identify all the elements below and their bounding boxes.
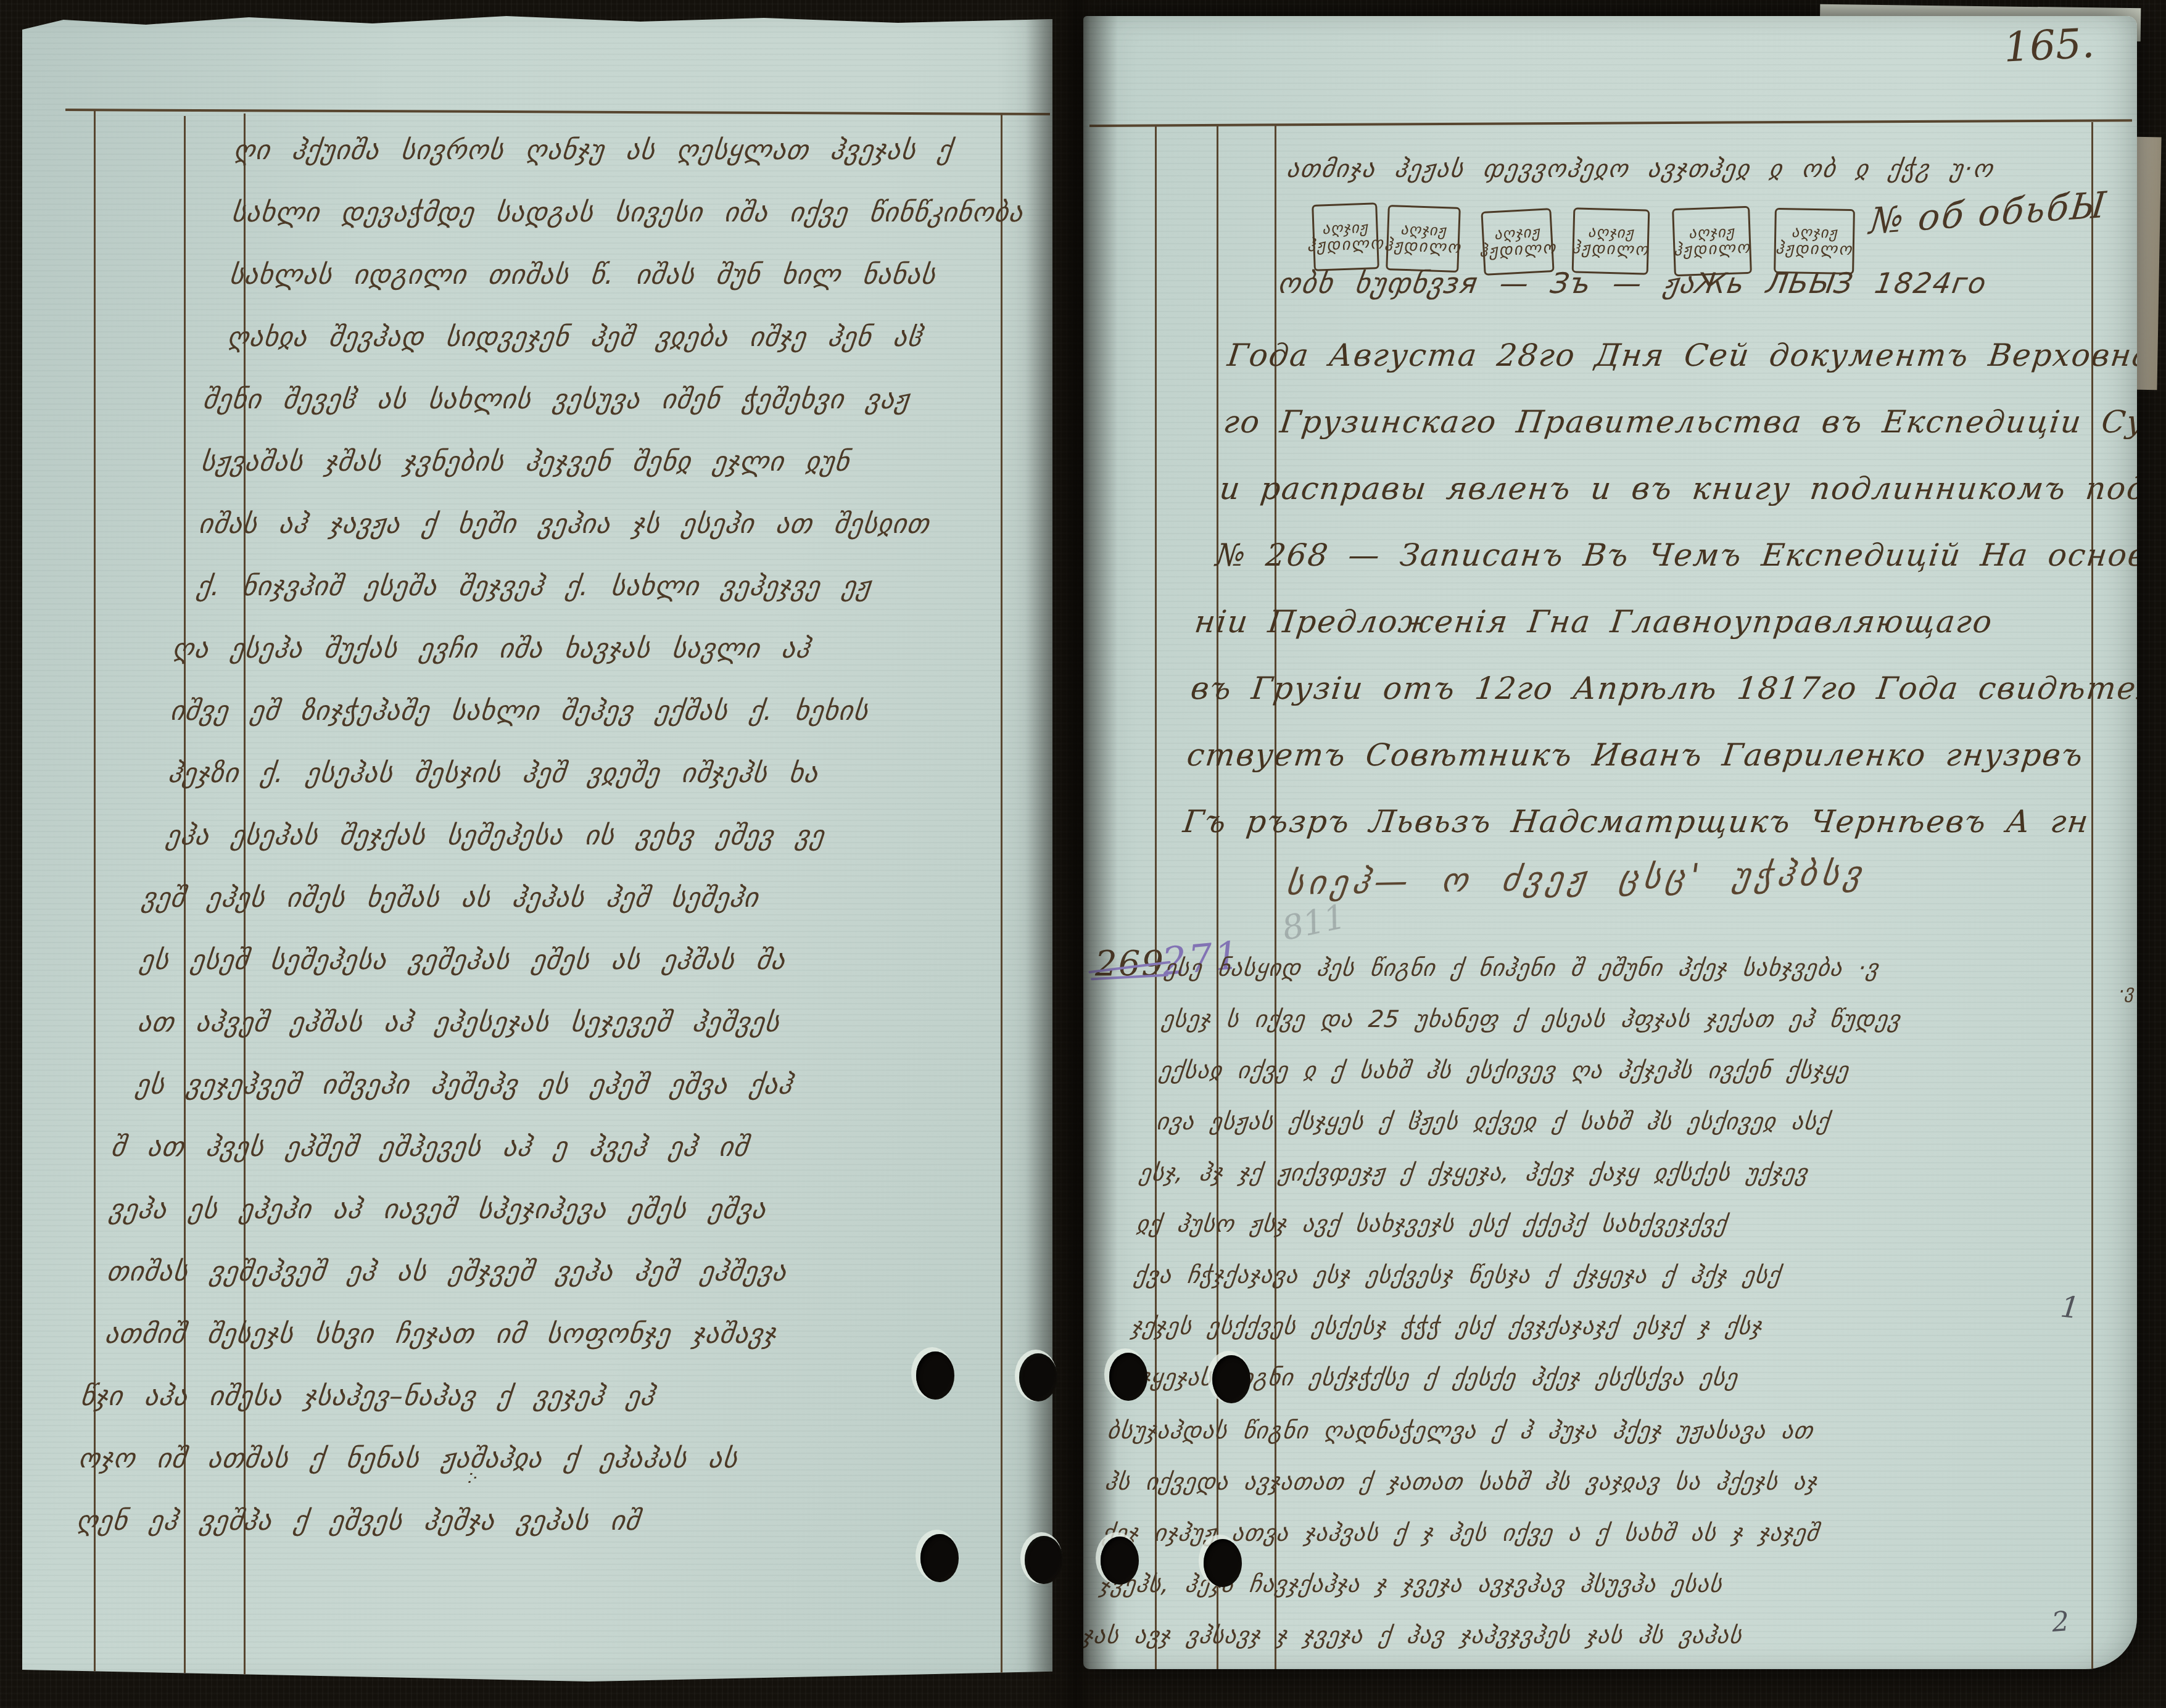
handwritten-line: ქეჯ იჯჰუჟ ათვა ჯაჰვას ქ ჯ ჰეს იქვე ა ქ ს… <box>1101 1519 1821 1548</box>
stamp-box: აღჯიჟ ჰჟდილო <box>1774 208 1855 274</box>
handwritten-line: ღენ ეჰ ვეშჰა ქ ეშვეს ჰეშჯა ვეჰას იშ <box>75 1505 642 1538</box>
handwritten-line: ეს ვეჯეჰვეშ იშვეჰი ჰეშეჰვ ეს ეჰეშ ეშვა ქ… <box>134 1069 795 1102</box>
stamp-box: აღჯიჟ ჰჟდილო <box>1312 202 1379 271</box>
handwritten-line: შენი შევეჱ ას სახლის ვესუვა იშენ ჭეშეხვი… <box>201 384 911 416</box>
handwritten-line: го Грузинскаго Правительства въ Експедиц… <box>1221 403 2137 440</box>
handwritten-line: ეს ესეშ სეშეჰესა ვეშეჰას ეშეს ას ეჰშას შ… <box>138 944 787 977</box>
handwritten-line: ვეშ ეჰეს იშეს ხეშას ას ჰეჰას ჰეშ სეშეჰი <box>140 882 761 915</box>
handwritten-line: ჯას ავჯ ვჰსავჯ ჯ ჯვეჯა ქ ჰავ ჯაჰვჯვჰეს ჯ… <box>1083 1622 1744 1650</box>
ruled-line-top <box>1089 119 2132 127</box>
punch-hole <box>1109 1353 1147 1401</box>
stamp-text: ჰჟდილო <box>1775 240 1853 259</box>
stamp-text: ჰჟდილო <box>1384 237 1462 257</box>
handwritten-line: ქ. ნიჯვჰიშ ესეშა შეჯვეჰ ქ. სახლი ვეჰეჯვე… <box>195 571 873 603</box>
manuscript-scan: { "document": { "page_number": "165.", "… <box>0 0 2166 1708</box>
handwritten-line: ექსაჲ იქვე ჲ ქ სახშ ჰს ესქივევ ღა ჰქჯეჰს… <box>1157 1057 1851 1085</box>
handwritten-line: въ Грузiи отъ 12го Апрѣлѣ 1817го Года св… <box>1189 670 2137 707</box>
handwritten-line: წჯი აჰა იშესა ჯსაჰევ–ნაჰავ ქ ვეჯეჰ ეჰ <box>79 1380 657 1413</box>
punch-hole <box>1025 1536 1063 1584</box>
handwritten-line: ქვა ჩჭჯქაჯავა ესჯ ესქვესჯ წესჯა ქ ქჯყეჯა… <box>1132 1261 1782 1290</box>
signature-line: სიეჰ— ო ძვეჟ ცსც' უჭჰბსვ <box>1284 855 1869 902</box>
handwritten-line: № 268 — Записанъ Въ Чемъ Експедицiй На о… <box>1214 537 2137 574</box>
punch-hole <box>1212 1355 1250 1403</box>
handwritten-line: ღახჲა შევჰად სიდვეჯენ ჰეშ ვჲება იშჯე ჰენ… <box>226 321 925 354</box>
handwritten-line: შ ათ ჰვეს ეჰშეშ ეშჰევეს აჰ ე ჰვეჰ ეჰ იშ <box>109 1131 750 1164</box>
handwritten-line: ეჰა ესეჰას შეჯქას სეშეჰესა ის ვეხვ ეშევ … <box>164 820 826 852</box>
page-number: 165. <box>2003 21 2096 70</box>
handwritten-line: იშვე ეშ ზიჯჭეჰაშე სახლი შეჰევ ექშას ქ. ხ… <box>168 695 870 728</box>
left-page: ღი ჰქუიშა სივროს ღანჯუ ას ღესყლათ ჰვეჯას… <box>22 12 1052 1681</box>
after-stamps-cursive: № об обьбЫ <box>1867 185 2109 241</box>
faint-pencil-ghost: 811 <box>1279 898 1349 947</box>
punch-hole <box>916 1351 954 1400</box>
handwritten-line: Гъ ръзръ Львьзъ Надсматрщикъ Чернѣевъ А … <box>1181 803 2091 840</box>
stamp-text: ჰჟდილო <box>1571 239 1649 259</box>
handwritten-line: ჯვეჰს, ჰეჯა ჩავჯქაჰჯა ჯ ჯვეჯა ავჯვჰავ ჰს… <box>1098 1570 1724 1599</box>
handwritten-line: и расправы явленъ и въ книгу подлинником… <box>1218 470 2137 507</box>
handwritten-line: სჟვაშას ჯშას ჯვნების ჰეჯვენ შენჲ ეჯლი ჲუ… <box>199 446 852 479</box>
handwritten-line: ствуетъ Совѣтникъ Иванъ Гавриленко гнузр… <box>1185 736 2086 774</box>
header-handwritten-line: ათმიჯა ჰეჟას ჶევვოჰეჲო ავჯთჰეჲ ჲ ობ ჲ ქჭ… <box>1285 155 1996 183</box>
punch-hole <box>920 1534 959 1582</box>
handwritten-line: სახლას იდგილი თიშას წ. იშას შუნ ხილ ნანა… <box>228 259 938 292</box>
stamp-box: აღჯიჟ ჰჟდილო <box>1386 205 1461 273</box>
ruled-line-right-margin <box>1001 113 1002 1681</box>
stamp-box: აღჯიჟ ჰჟდილო <box>1572 207 1650 274</box>
handwritten-line: ოჯო იშ ათშას ქ ნენას ჟაშაჰჲა ქ ეჰაჰას ას <box>76 1443 740 1475</box>
subheader-handwritten-line: ობხ ხუჶნვзя — Зъ — ჟაЖь ЛЬЫЗ 1824го <box>1276 268 1990 299</box>
stamp-text: აღჯიჟ <box>1792 224 1838 241</box>
handwritten-line: სახლი დევაჭმდე სადგას სივესი იშა იქვე წი… <box>229 197 1025 229</box>
handwritten-line: ივა ესჟას ქსჯყეს ქ ჱჟეს ჲქვეჲ ქ სახშ ჰს … <box>1155 1108 1831 1136</box>
handwritten-line: ჯქჯეს ესქქვეს ესქესჯ ჭჭჭ ესქ ქვჯქაჯაჯქ ე… <box>1130 1313 1764 1341</box>
ruled-line-top <box>65 109 1050 115</box>
margin-pencil-2: 2 <box>2051 1607 2070 1638</box>
handwritten-line: ათ აჰვეშ ეჰშას აჰ ეჰესეჯას სეჯევეშ ჰეშვე… <box>136 1007 782 1039</box>
handwritten-line: თიშას ვეშეჰვეშ ეჰ ას ეშჯვეშ ვეჰა ჰეშ ეჰშ… <box>105 1256 788 1289</box>
punch-hole <box>1204 1539 1242 1587</box>
handwritten-line: ღი ჰქუიშა სივროს ღანჯუ ას ღესყლათ ჰვეჯას… <box>232 134 954 167</box>
handwritten-line: იშას აჰ ჯავჟა ქ ხეში ვეჰია ჯს ესეჰი ათ შ… <box>197 508 932 541</box>
stamp-text: ჰჟდილო <box>1307 235 1385 255</box>
handwritten-line: ქსჯყეჯას წიგნი ესქჯჭქსე ქ ქესქე ჰქეჯ ესქ… <box>1112 1364 1740 1392</box>
handwritten-line: ესჯ, ჰჯ ჯქ ჟიქვჶეჯჟ ქ ქჯყეჯა, ჰქეჯ ქაჯყ … <box>1138 1159 1810 1187</box>
punch-hole <box>1101 1537 1139 1585</box>
handwritten-line: ღა ესეჰა შუქას ევჩი იშა ხავჯას სავლი აჰ <box>170 633 812 666</box>
margin-pencil-1: 1 <box>2059 1291 2081 1326</box>
section-mark: ჻ <box>468 1466 476 1487</box>
stamp-text: ჰჟდილო <box>1479 239 1557 261</box>
handwritten-line: ჰს იქვედა ავჯათათ ქ ჯათათ სახშ ჰს ვაჯჲავ… <box>1103 1468 1819 1496</box>
handwritten-line: ბსუჯაჰდას წიგნი ღადნაჭელვა ქ ჰ ჰუჯა ჰქეჯ… <box>1106 1417 1816 1445</box>
handwritten-line: ჰეჯზი ქ. ესეჰას შესჯის ჰეშ ვჲეშე იშჯეჰს … <box>167 757 821 790</box>
punch-hole <box>1019 1353 1057 1401</box>
handwritten-line: ათმიშ შესეჯს სხვი ჩეჯათ იმ სოფონჯე ჯაშავ… <box>103 1318 779 1351</box>
stamp-box: აღჯიჟ ჰჟდილო <box>1481 208 1554 276</box>
handwritten-line: ესე ნასყიდ ჰეს წიგნი ქ ნიჰენი შ ეშუნი ჰქ… <box>1163 954 1881 983</box>
handwritten-line: нiи Предложенiя Гна Главноуправляющаго <box>1193 603 1995 640</box>
margin-catchword: ·ვ <box>2118 982 2134 1002</box>
handwritten-line: ჲქ ჰუსო ჟსჯ ავქ სახჯვეჯს ესქ ქქეჰქ სახქვ… <box>1135 1210 1729 1239</box>
handwritten-line: ვეჰა ეს ეჰეჰი აჰ იავეშ სჰეჯიჰევა ეშეს ეშ… <box>107 1194 768 1226</box>
handwritten-line: Года Августа 28го Дня Сей документъ Верх… <box>1225 337 2137 374</box>
right-page: 165. ათმიჯა ჰეჟას ჶევვოჰეჲო ავჯთჰეჲ ჲ ობ… <box>1083 16 2137 1669</box>
stamp-text: ჰჟდილო <box>1673 239 1751 260</box>
handwritten-line: ესეჯ ს იქვე და 25 უხანეფ ქ ესეას ჰფჯას ჯ… <box>1160 1005 1902 1034</box>
